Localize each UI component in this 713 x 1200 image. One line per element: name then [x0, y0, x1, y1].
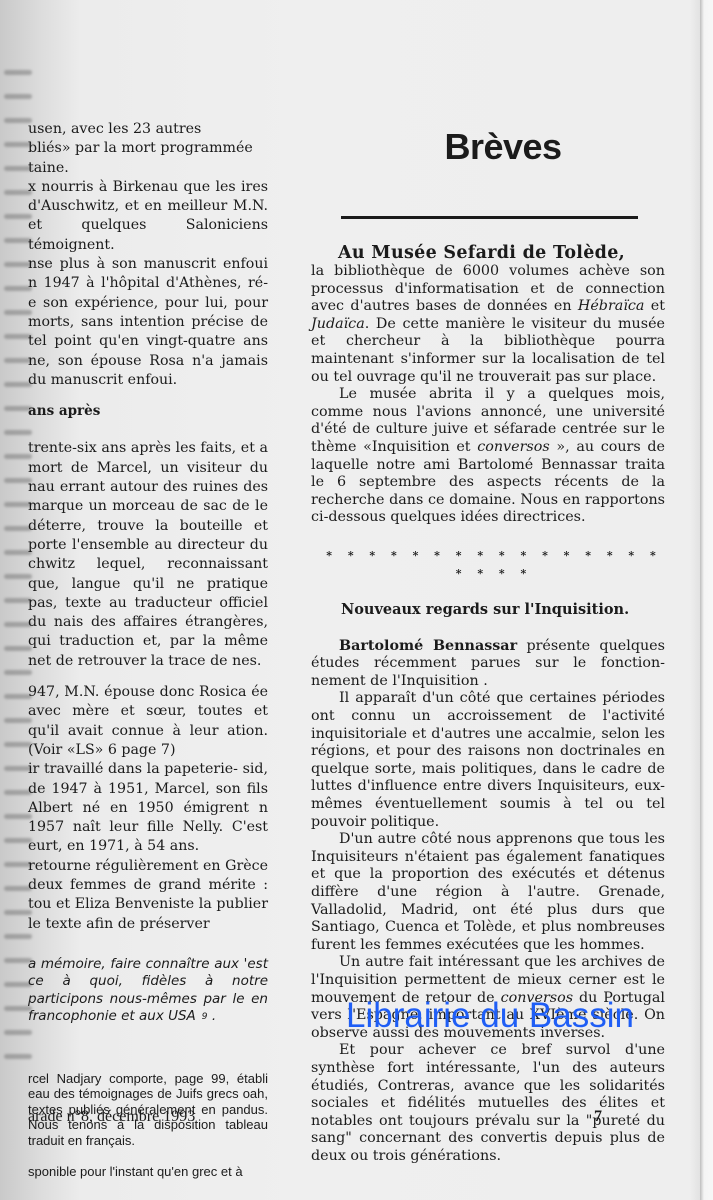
title-rule — [341, 216, 638, 219]
section-heading: ans après — [28, 402, 268, 421]
paragraph: D'un autre côté nous apprenons que tous … — [311, 831, 665, 954]
paragraph: Il apparaît d'un côté que certaines péri… — [311, 690, 665, 831]
page-number: 7 — [594, 1108, 602, 1126]
page-title: Brèves — [311, 138, 665, 190]
lead-heading: Au Musée Sefardi de Tolède, — [311, 243, 665, 263]
paragraph: la bibliothèque de 6000 volumes achève s… — [311, 263, 665, 386]
paragraph: Le musée abrita il y a quelques mois, co… — [311, 386, 665, 527]
paragraph: Et pour achever ce bref survol d'une syn… — [311, 1042, 665, 1165]
paragraph: trente-six ans après les faits, et a mor… — [28, 439, 268, 671]
paragraph: 947, M.N. épouse donc Rosica ée avec mèr… — [28, 683, 268, 760]
footnote-2: sponible pour l'instant qu'en grec et à — [28, 1164, 268, 1180]
left-column: usen, avec les 23 autres bliés» par la m… — [28, 120, 268, 1180]
text-line: usen, avec les 23 autres — [28, 120, 268, 139]
paragraph: ir travaillé dans la papeterie- sid, de … — [28, 760, 268, 856]
text-line: bliés» par la mort programmée — [28, 139, 268, 158]
paragraph: nse plus à son manuscrit enfoui n 1947 à… — [28, 255, 268, 390]
separator: * * * * * * * * * * * * * * * * * * * * — [311, 547, 665, 582]
paragraph: retourne régulièrement en Grèce deux fem… — [28, 857, 268, 934]
italic-paragraph: a mémoire, faire connaître aux 'est ce à… — [28, 956, 268, 1027]
footnote-ref: 9 — [202, 1012, 208, 1022]
paragraph: x nourris à Birkenau que les ires d'Ausc… — [28, 178, 268, 255]
paragraph: Bartolomé Bennassar présente quelques ét… — [311, 638, 665, 691]
page-edge — [700, 0, 713, 1200]
watermark: Librairie du Bassin — [346, 996, 634, 1036]
sub-heading: Nouveaux regards sur l'Inquisition. — [341, 601, 665, 619]
footer-publication: arade n°8, décembre 1993 — [28, 1108, 195, 1126]
text-line: taine. — [28, 159, 268, 178]
